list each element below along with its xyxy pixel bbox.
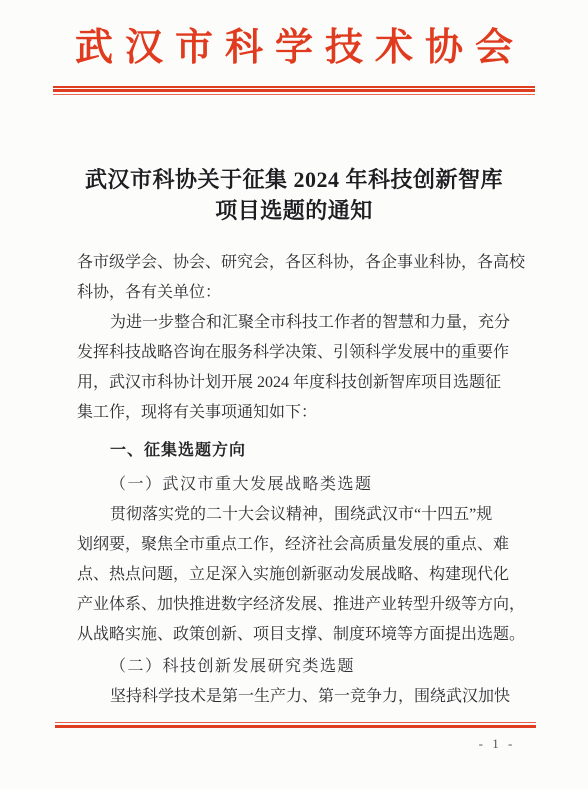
section-heading: 一、征集选题方向 [77,436,539,466]
document-title-line-1: 武汉市科协关于征集 2024 年科技创新智库 [0,164,588,195]
paragraph-line: 坚持科学技术是第一生产力、第一竞争力，围绕武汉加快 [77,682,539,712]
footer-rule-line [55,725,536,728]
paragraph-line: 集工作，现将有关事项通知如下： [77,398,539,428]
document-title-line-2: 项目选题的通知 [0,195,588,226]
paragraph-line: 点、热点问题，立足深入实施创新驱动发展战略、构建现代化 [77,560,539,590]
paragraph-line: 贯彻落实党的二十大会议精神，围绕武汉市“十四五”规 [77,500,539,530]
paragraph-line: 划纲要，聚焦全市重点工作，经济社会高质量发展的重点、难 [77,530,539,560]
subsection-heading: （二）科技创新发展研究类选题 [77,652,539,682]
subsection-heading: （一）武汉市重大发展战略类选题 [77,470,539,500]
page-number: - 1 - [457,735,537,753]
salutation-line: 科协，各有关单位： [77,278,539,308]
letterhead-rule [53,86,535,95]
paragraph-line: 发挥科技战略咨询在服务科学决策、引领科学发展中的重要作 [77,338,539,368]
letterhead-org-name: 武汉市科学技术协会 [0,27,588,71]
salutation-line: 各市级学会、协会、研究会，各区科协，各企事业科协，各高校 [77,248,539,278]
letterhead-rule-line [53,94,535,95]
document-title: 武汉市科协关于征集 2024 年科技创新智库 项目选题的通知 [0,164,588,226]
paragraph-line: 产业体系、加快推进数字经济发展、推进产业转型升级等方向， [77,590,539,620]
paragraph-line: 用，武汉市科协计划开展 2024 年度科技创新智库项目选题征 [77,368,539,398]
document-page: 武汉市科学技术协会 武汉市科协关于征集 2024 年科技创新智库 项目选题的通知… [0,0,588,789]
paragraph-line: 为进一步整合和汇聚全市科技工作者的智慧和力量，充分 [77,308,539,338]
footer-rule [55,722,536,728]
document-body: 各市级学会、协会、研究会，各区科协，各企事业科协，各高校 科协，各有关单位： 为… [77,248,539,712]
paragraph-line: 从战略实施、政策创新、项目支撑、制度环境等方面提出选题。 [77,620,539,650]
